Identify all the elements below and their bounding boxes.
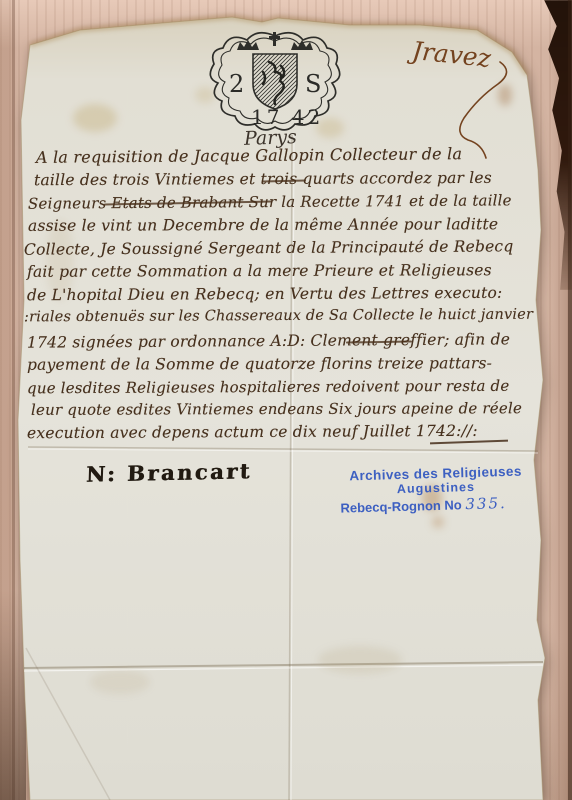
archive-stamp-number: 335. <box>465 494 507 513</box>
manuscript-line: :riales obtenuës sur les Chassereaux de … <box>24 307 533 326</box>
archive-stamp-line3-label: Rebecq-Rognon No <box>340 497 462 515</box>
manuscript-line: execution avec depens actum ce dix neuf … <box>27 422 478 442</box>
stamp-duty-right: S <box>305 70 321 98</box>
archive-rubber-stamp: Archives des Religieuses Augustines Rebe… <box>337 463 534 516</box>
crown-icons <box>237 32 313 50</box>
manuscript-line: leur quote esdites Vintiemes endeans Six… <box>31 399 522 419</box>
signature: N: Brancart <box>86 458 253 486</box>
manuscript-line: fait par cette Sommation a la mere Prieu… <box>27 261 492 281</box>
manuscript-line: A la requisition de Jacque Gallopin Coll… <box>36 144 462 167</box>
manuscript-line: payement de la Somme de quatorze florins… <box>27 354 492 374</box>
shield-with-lion <box>253 54 297 109</box>
manuscript-line: Collecte, Je Soussigné Sergeant de la Pr… <box>24 237 514 258</box>
photo-stage: 2 S 17 42 Parys Jravez A la requisition … <box>0 0 572 800</box>
manuscript-line: taille des trois Vintiemes et trois quar… <box>34 169 492 189</box>
manuscript-line: que lesdites Religieuses hospitalieres r… <box>27 377 510 398</box>
manuscript-line: assise le vint un Decembre de la même An… <box>28 215 498 235</box>
manuscript-line: de L'hopital Dieu en Rebecq; en Vertu de… <box>27 284 503 304</box>
manuscript-line: 1742 signées par ordonnance A:D: Clement… <box>27 330 510 351</box>
stamp-duty-left: 2 <box>229 70 244 98</box>
